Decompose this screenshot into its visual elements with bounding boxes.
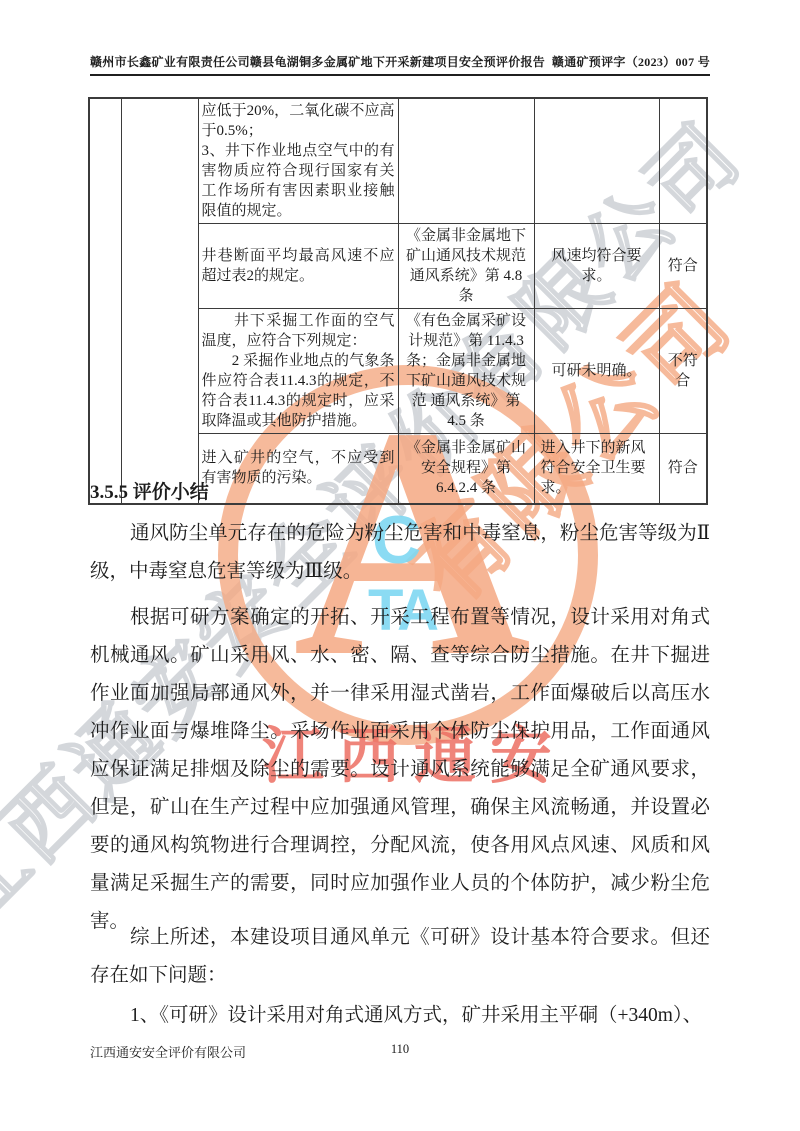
table-cell-conclusion: 符合 [659,434,707,504]
table-cell-requirement: 应低于20%，二氧化碳不应高于0.5%； 3、井下作业地点空气中的有害物质应符合… [198,98,398,224]
table-cell-standard: 《有色金属采矿设计规范》第 11.4.3 条；金属非金属地下矿山通风技术规范 通… [398,309,534,434]
table-cell-standard: 《金属非金属地下矿山通风技术规范 通风系统》第 4.8 条 [398,224,534,309]
table-cell-requirement: 井下采掘工作面的空气温度，应符合下列规定： 2 采掘作业地点的气象条件应符合表1… [198,309,398,434]
table-cell-merged-empty [121,98,198,504]
paragraph-summary-risk: 通风防尘单元存在的危险为粉尘危害和中毒窒息，粉尘危害等级为Ⅱ级，中毒窒息危害等级… [90,515,710,591]
table-cell-evaluation [534,98,659,224]
document-page: 江西通安安全评价有限公司 有限公司 A C TA 江西通安 赣州市长鑫矿业有限责… [0,0,800,1131]
header-report-title: 赣州市长鑫矿业有限责任公司赣县龟湖铜多金属矿地下开采新建项目安全预评价报告 [90,53,545,70]
table-cell-standard: 《金属非金属矿山安全规程》第 6.4.2.4 条 [398,434,534,504]
table-cell-evaluation: 风速均符合要求。 [534,224,659,309]
table-row: 应低于20%，二氧化碳不应高于0.5%； 3、井下作业地点空气中的有害物质应符合… [89,98,707,224]
table-cell-conclusion [659,98,707,224]
page-content: 赣州市长鑫矿业有限责任公司赣县龟湖铜多金属矿地下开采新建项目安全预评价报告 赣通… [0,0,800,1131]
paragraph-issue-1: 1、《可研》设计采用对角式通风方式，矿井采用主平硐（+340m）、 [90,997,710,1035]
page-header: 赣州市长鑫矿业有限责任公司赣县龟湖铜多金属矿地下开采新建项目安全预评价报告 赣通… [90,53,710,70]
footer-page-number: 110 [90,1042,710,1057]
table-cell-evaluation: 可研未明确。 [534,309,659,434]
paragraph-ventilation-design: 根据可研方案确定的开拓、开采工程布置等情况，设计采用对角式机械通风。矿山采用风、… [90,599,710,941]
compliance-check-table: 应低于20%，二氧化碳不应高于0.5%； 3、井下作业地点空气中的有害物质应符合… [88,97,708,505]
table-cell-evaluation: 进入井下的新风符合安全卫生要求。 [534,434,659,504]
table-cell-conclusion: 不符合 [659,309,707,434]
table-cell-requirement: 进入矿井的空气，不应受到有害物质的污染。 [198,434,398,504]
paragraph-conclusion: 综上所述，本建设项目通风单元《可研》设计基本符合要求。但还存在如下问题： [90,919,710,995]
table-cell-merged-empty [89,98,121,504]
table-cell-conclusion: 符合 [659,224,707,309]
header-doc-number: 赣通矿预评字（2023）007 号 [552,53,710,70]
table-cell-standard [398,98,534,224]
header-rule [90,74,710,76]
section-heading: 3.5.5 评价小结 [90,477,209,504]
table-cell-requirement: 井巷断面平均最高风速不应超过表2的规定。 [198,224,398,309]
